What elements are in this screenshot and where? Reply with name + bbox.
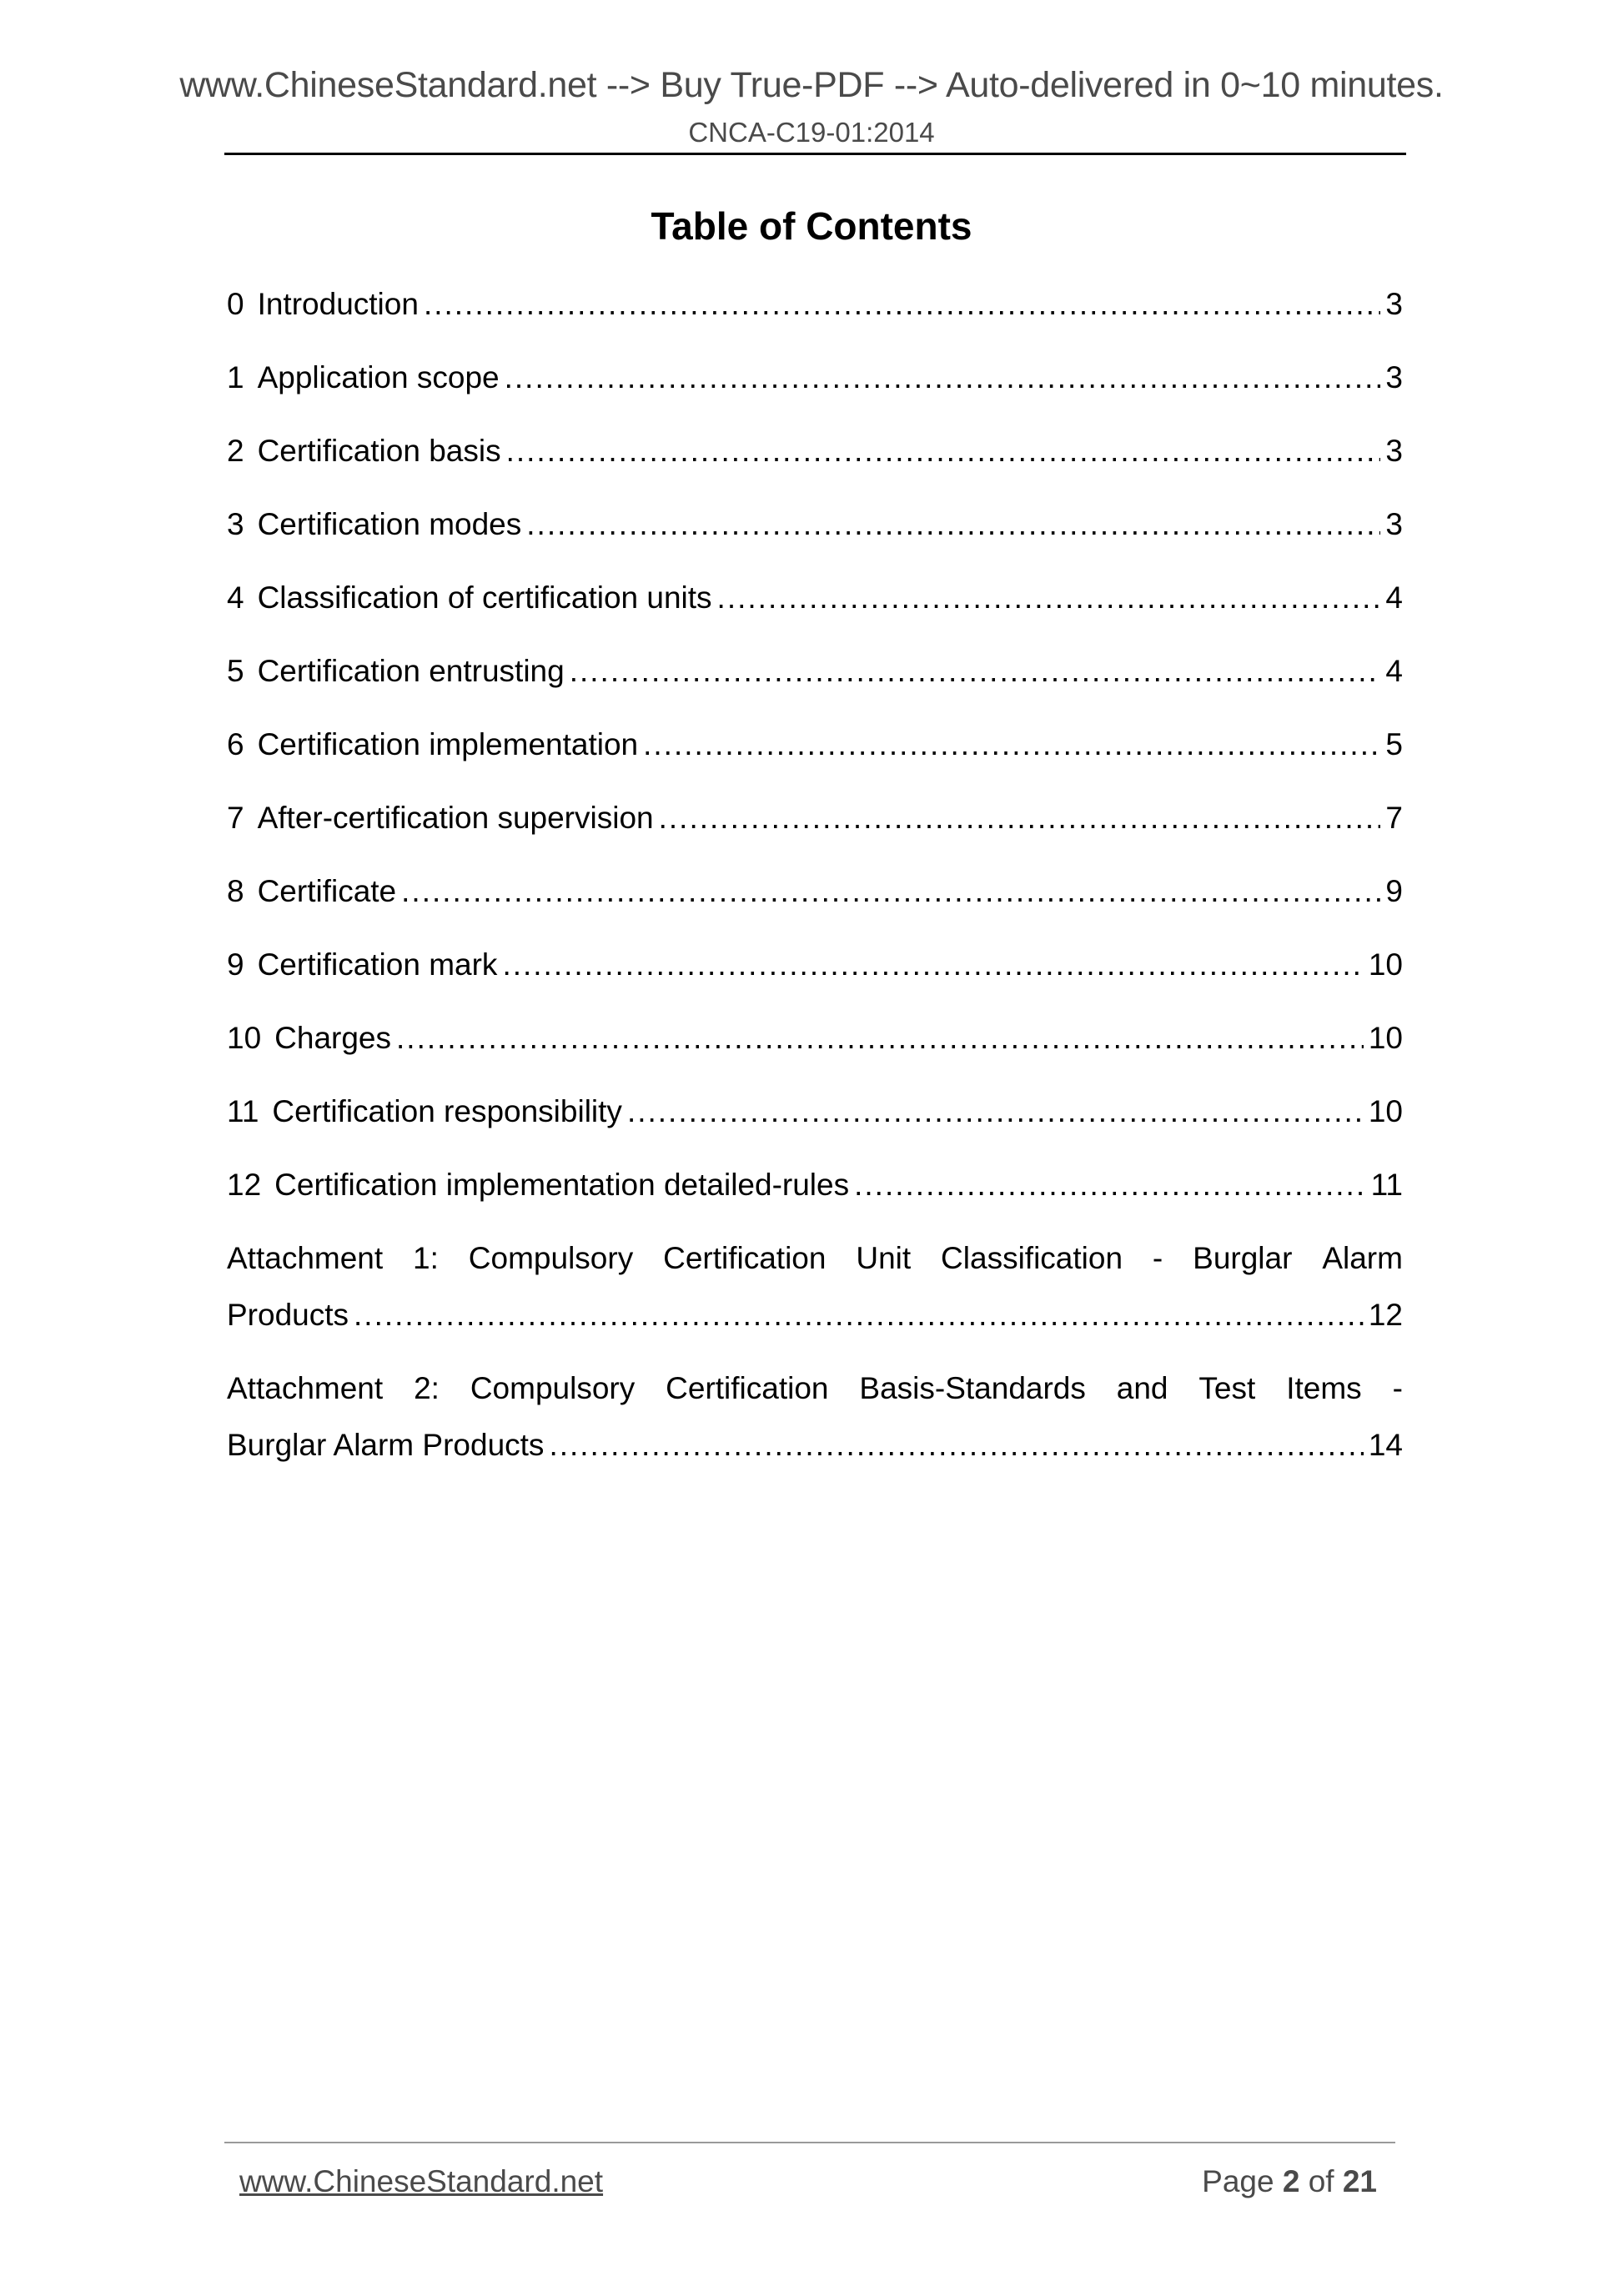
footer-divider <box>224 2142 1395 2143</box>
toc-leader-dots <box>526 507 1380 542</box>
attachment-title-word: Certification <box>663 1241 826 1276</box>
toc-leader-dots <box>549 1428 1363 1463</box>
attachment-title-word: - <box>1153 1241 1163 1276</box>
toc-entry-page: 10 <box>1369 947 1403 982</box>
toc-entry[interactable]: 8Certificate9 <box>227 874 1403 947</box>
toc-entry-number: 1 <box>227 360 244 395</box>
toc-leader-dots <box>643 727 1380 762</box>
toc-leader-dots <box>396 1021 1364 1056</box>
toc-entry-label: Certification implementation detailed-ru… <box>274 1168 849 1203</box>
attachment-title-word: Unit <box>856 1241 911 1276</box>
attachment-title-word: Items <box>1286 1371 1361 1406</box>
toc-entry-number: 2 <box>227 434 244 469</box>
toc-entry-label: Application scope <box>258 360 500 395</box>
toc-entry-page: 3 <box>1385 287 1403 322</box>
toc-entry-number: 3 <box>227 507 244 542</box>
page-current: 2 <box>1283 2164 1300 2198</box>
attachment-title-word: Attachment <box>227 1371 383 1406</box>
attachment-title-line: Attachment2:CompulsoryCertificationBasis… <box>227 1371 1403 1428</box>
toc-leader-dots <box>424 287 1380 322</box>
toc-entry-label: Introduction <box>258 287 419 322</box>
toc-entry-label: Certification implementation <box>258 727 639 762</box>
toc-entry[interactable]: 11Certification responsibility10 <box>227 1094 1403 1168</box>
toc-entry-page: 4 <box>1385 580 1403 615</box>
toc-leader-dots <box>401 874 1380 909</box>
attachment-title-continuation: Burglar Alarm Products <box>227 1428 544 1463</box>
attachment-title-word: Compulsory <box>470 1371 635 1406</box>
toc-entry-number: 10 <box>227 1021 261 1056</box>
header-banner: www.ChineseStandard.net --> Buy True-PDF… <box>0 65 1623 106</box>
table-of-contents: 0Introduction31Application scope32Certif… <box>227 287 1403 1501</box>
page-indicator: Page 2 of 21 <box>1202 2164 1377 2199</box>
toc-entry-label: Charges <box>274 1021 391 1056</box>
toc-entry-page: 3 <box>1385 434 1403 469</box>
attachment-title-word: 1: <box>413 1241 439 1276</box>
toc-entry-number: 12 <box>227 1168 261 1203</box>
page-of: of <box>1309 2164 1334 2198</box>
attachment-title-word: Classification <box>941 1241 1123 1276</box>
attachment-title-word: Certification <box>666 1371 828 1406</box>
toc-entry-page: 12 <box>1369 1298 1403 1333</box>
attachment-title-word: Compulsory <box>469 1241 633 1276</box>
toc-leader-dots <box>659 801 1381 836</box>
toc-entry[interactable]: 10Charges10 <box>227 1021 1403 1094</box>
toc-entry-label: Classification of certification units <box>258 580 712 615</box>
toc-entry-page: 3 <box>1385 360 1403 395</box>
toc-entry-number: 9 <box>227 947 244 982</box>
attachment-title-word: 2: <box>414 1371 440 1406</box>
toc-entry-label: Certificate <box>258 874 397 909</box>
toc-entry-label: After-certification supervision <box>258 801 654 836</box>
toc-attachment-entry[interactable]: Attachment1:CompulsoryCertificationUnitC… <box>227 1241 1403 1371</box>
toc-entry[interactable]: 12Certification implementation detailed-… <box>227 1168 1403 1241</box>
toc-leader-dots <box>354 1298 1364 1333</box>
toc-leader-dots <box>570 654 1381 689</box>
attachment-title-word: Attachment <box>227 1241 383 1276</box>
page-total: 21 <box>1343 2164 1377 2198</box>
toc-entry[interactable]: 1Application scope3 <box>227 360 1403 434</box>
toc-attachment-entry[interactable]: Attachment2:CompulsoryCertificationBasis… <box>227 1371 1403 1501</box>
toc-entry-label: Certification mark <box>258 947 498 982</box>
attachment-title-line: Attachment1:CompulsoryCertificationUnitC… <box>227 1241 1403 1298</box>
toc-leader-dots <box>505 360 1381 395</box>
attachment-title-word: - <box>1393 1371 1403 1406</box>
toc-leader-dots <box>854 1168 1365 1203</box>
page-prefix: Page <box>1202 2164 1274 2198</box>
toc-entry-page: 11 <box>1371 1168 1403 1203</box>
toc-entry[interactable]: 0Introduction3 <box>227 287 1403 360</box>
toc-leader-dots <box>627 1094 1364 1129</box>
attachment-title-word: and <box>1117 1371 1168 1406</box>
toc-entry[interactable]: 4Classification of certification units4 <box>227 580 1403 654</box>
toc-entry-page: 4 <box>1385 654 1403 689</box>
toc-entry-page: 10 <box>1369 1021 1403 1056</box>
toc-entry[interactable]: 3Certification modes3 <box>227 507 1403 580</box>
toc-entry-label: Certification responsibility <box>272 1094 622 1129</box>
toc-entry-page: 14 <box>1369 1428 1403 1463</box>
toc-entry[interactable]: 7After-certification supervision7 <box>227 801 1403 874</box>
toc-leader-dots <box>717 580 1381 615</box>
toc-entry-page: 3 <box>1385 507 1403 542</box>
toc-entry[interactable]: 6Certification implementation5 <box>227 727 1403 801</box>
toc-entry-number: 11 <box>227 1094 259 1129</box>
toc-entry-number: 0 <box>227 287 244 322</box>
toc-entry-label: Certification entrusting <box>258 654 565 689</box>
toc-entry-number: 8 <box>227 874 244 909</box>
toc-entry[interactable]: 5Certification entrusting4 <box>227 654 1403 727</box>
toc-entry-label: Certification modes <box>258 507 522 542</box>
page-title: Table of Contents <box>0 203 1623 249</box>
document-code: CNCA-C19-01:2014 <box>0 117 1623 148</box>
toc-entry-number: 7 <box>227 801 244 836</box>
attachment-title-word: Burglar <box>1193 1241 1292 1276</box>
toc-leader-dots <box>506 434 1381 469</box>
attachment-title-continuation: Products <box>227 1298 349 1333</box>
attachment-title-word: Test <box>1198 1371 1255 1406</box>
toc-entry-page: 5 <box>1385 727 1403 762</box>
attachment-title-word: Basis-Standards <box>859 1371 1085 1406</box>
footer-site-link[interactable]: www.ChineseStandard.net <box>239 2164 603 2199</box>
toc-entry-page: 10 <box>1369 1094 1403 1129</box>
toc-leader-dots <box>502 947 1363 982</box>
toc-entry-page: 7 <box>1385 801 1403 836</box>
header-divider <box>224 153 1406 155</box>
toc-entry-page: 9 <box>1385 874 1403 909</box>
toc-entry[interactable]: 2Certification basis3 <box>227 434 1403 507</box>
toc-entry-number: 5 <box>227 654 244 689</box>
toc-entry[interactable]: 9Certification mark10 <box>227 947 1403 1021</box>
attachment-title-word: Alarm <box>1322 1241 1403 1276</box>
toc-entry-label: Certification basis <box>258 434 501 469</box>
toc-entry-number: 6 <box>227 727 244 762</box>
toc-entry-number: 4 <box>227 580 244 615</box>
